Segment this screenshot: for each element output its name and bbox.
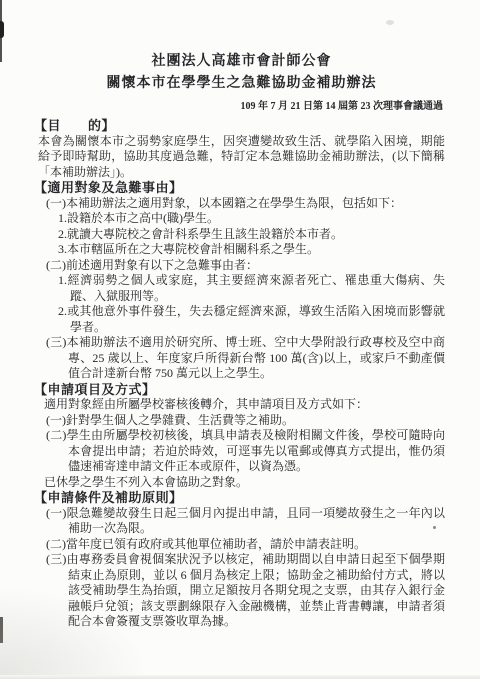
scan-artifact-bottom-edge — [0, 675, 480, 679]
conditions-item-2: (二)當年度已領有政府或其他單位補助者，請於申請表註明。 — [46, 537, 445, 553]
application-note: 已休學之學生不列入本會協助之對象。 — [44, 475, 445, 491]
conditions-item-1: (一)限急難變故發生日起三個月內提出申請，且同一項變故發生之一年內以補助一次為限… — [46, 506, 445, 537]
section-application: 【申請項目及方式】 適用對象經由所屬學校審核後轉介，其申請項目及方式如下： (一… — [38, 382, 445, 491]
eligibility-item-1-sub-1: 1.設籍於本市之高中(職)學生。 — [58, 211, 445, 227]
scanned-document-page: 社團法人高雄市會計師公會 關懷本市在學學生之急難協助金補助辦法 109 年 7 … — [0, 0, 480, 679]
scan-artifact-smudge — [386, 20, 394, 25]
eligibility-item-1-sub-3: 3.本市轄區所在之大專院校會計相關科系之學生。 — [58, 242, 445, 258]
document-title: 關懷本市在學學生之急難協助金補助辦法 — [38, 76, 445, 91]
section-eligibility-heading: 【適用對象及急難事由】 — [34, 180, 445, 196]
section-purpose: 【目 的】 本會為關懷本市之弱勢家庭學生，因突遭變故致生活、就學陷入困境，期能給… — [38, 118, 445, 180]
eligibility-item-3: (三)本補助辦法不適用於研究所、博士班、空中大學附設行政專校及空中商專、25 歲… — [46, 335, 445, 382]
application-item-2: (二)學生由所屬學校初核後，填具申請表及檢附相關文件後，學校可隨時向本會提出申請… — [46, 428, 445, 475]
section-purpose-paragraph: 本會為關懷本市之弱勢家庭學生，因突遭變故致生活、就學陷入困境，期能給予即時幫助，… — [38, 134, 445, 181]
scan-artifact-left-edge-bottom — [0, 617, 3, 643]
eligibility-item-2-sub-1: 1.經濟弱勢之個人或家庭，其主要經濟來源者死亡、罹患重大傷病、失蹤、入獄服刑等。 — [58, 273, 445, 304]
eligibility-item-2-sub-2: 2.或其他意外事件發生，失去穩定經濟來源，導致生活陷入困境而影響就學者。 — [58, 304, 445, 335]
section-application-heading: 【申請項目及方式】 — [34, 382, 445, 398]
section-eligibility: 【適用對象及急難事由】 (一)本補助辦法之適用對象，以本國籍之在學學生為限，包括… — [38, 180, 445, 382]
eligibility-item-1: (一)本補助辦法之適用對象，以本國籍之在學學生為限，包括如下： — [46, 196, 445, 212]
eligibility-item-2: (二)前述適用對象有以下之急難事由者： — [46, 258, 445, 274]
document-content: 社團法人高雄市會計師公會 關懷本市在學學生之急難協助金補助辦法 109 年 7 … — [38, 54, 445, 630]
approval-note: 109 年 7 月 21 日第 14 屆第 23 次理事會議通過 — [38, 101, 443, 112]
conditions-item-3: (三)由專務委員會視個案狀況予以核定，補助期間以自申請日起至下個學期結束止為原則… — [46, 552, 445, 630]
scan-artifact-left-edge-line — [0, 0, 2, 62]
eligibility-item-1-sub-2: 2.就讀大專院校之會計科系學生且該生設籍於本市者。 — [58, 227, 445, 243]
section-purpose-heading: 【目 的】 — [34, 118, 445, 134]
organization-title: 社團法人高雄市會計師公會 — [38, 54, 445, 69]
application-intro: 適用對象經由所屬學校審核後轉介，其申請項目及方式如下： — [44, 397, 445, 413]
scan-artifact-left-edge-blob — [0, 21, 4, 38]
application-item-1: (一)針對學生個人之學雜費、生活費等之補助。 — [46, 413, 445, 429]
section-conditions: 【申請條件及補助原則】 (一)限急難變故發生日起三個月內提出申請，且同一項變故發… — [38, 490, 445, 630]
section-conditions-heading: 【申請條件及補助原則】 — [34, 490, 445, 506]
